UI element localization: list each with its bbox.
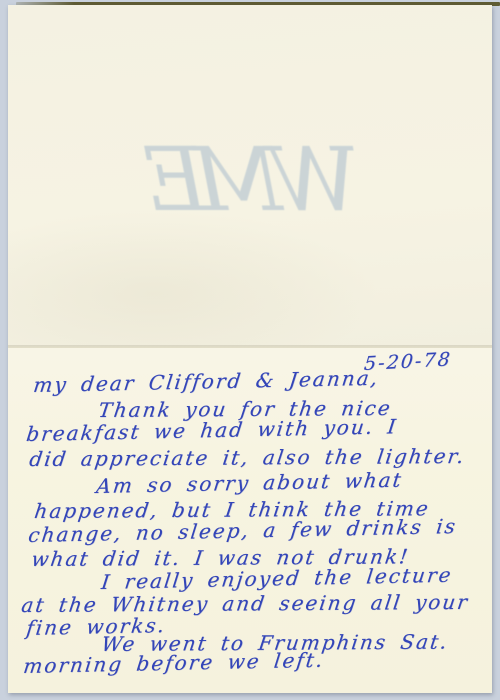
letter-line: Am so sorry about what: [95, 468, 404, 498]
letter-line: breakfast we had with you. I: [25, 414, 399, 446]
letter-line: my dear Clifford & Jeanna,: [32, 366, 381, 397]
letter-line: at the Whitney and seeing all your: [20, 590, 471, 617]
letter-line: morning before we left.: [22, 648, 326, 678]
card-lower-written-panel: 5-20-78 my dear Clifford & Jeanna, Thank…: [8, 348, 492, 693]
scanned-letter-background: WME 5-20-78 my dear Clifford & Jeanna, T…: [0, 0, 500, 700]
greeting-card: WME 5-20-78 my dear Clifford & Jeanna, T…: [8, 5, 492, 693]
card-upper-blank-panel: WME: [8, 5, 492, 345]
monogram-showthrough: WME: [178, 113, 338, 245]
